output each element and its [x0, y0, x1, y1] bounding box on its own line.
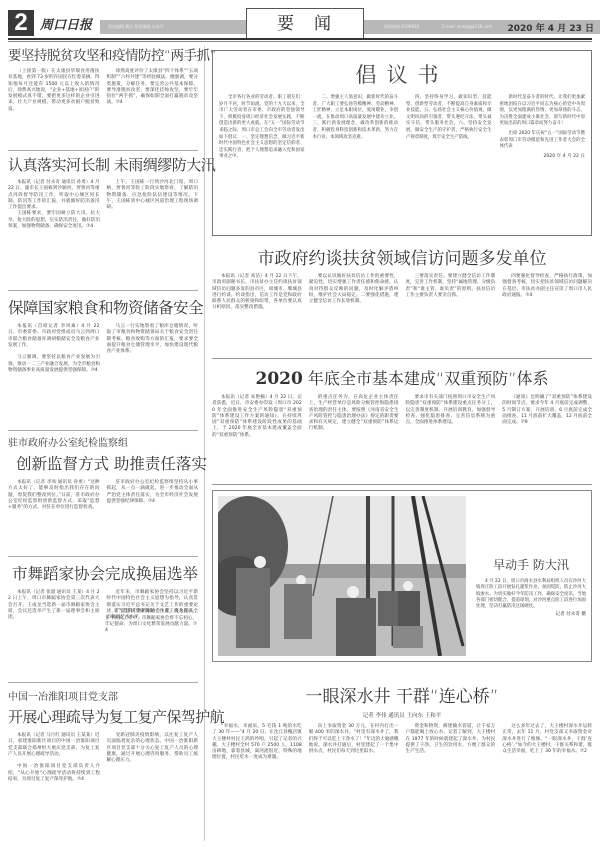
headline: 市舞蹈家协会完成换届选举 — [8, 562, 198, 584]
paper-name-logo: 周口日报 — [40, 14, 92, 33]
proposal-title: 倡议书 — [219, 59, 585, 89]
caption-body: 4 月 22 日，周口市商水县水利局组织人员在沙河大坡周庄险工段开展钻孔灌浆作业… — [476, 579, 586, 610]
headline: 市政府约谈扶贫领域信访问题多发单位 — [212, 244, 592, 269]
article-dual-prevention: 2020 年底全市基本建成“双重预防”体系 本报讯（记者 朱艳楠）4 月 22 … — [212, 366, 592, 439]
article-body: 马云一行实地察看了粮库仓储情况，听取了市粮食和物资储备局关于粮食安全责任制考核、… — [107, 324, 199, 355]
masthead-rule-thin — [8, 41, 592, 42]
headline: 保障国家粮食和物资储备安全 — [8, 296, 198, 318]
issue-date: 2020 年 4 月 23 日 — [507, 21, 594, 34]
divider — [212, 358, 592, 359]
article-body: 徐然高度评价了太康县“四个体系”“五项机制”“六村共建”等经验做法，她强调，要分… — [107, 69, 199, 113]
article-poverty-epidemic: 要坚持脱贫攻坚和疫情防控“两手抓” （上接第一版）在太康县华瑞食用菌扶贫基地，看… — [8, 44, 198, 113]
article-body: 要求市有关部门按照周口市安全生产风险隐患“双重预防”体系建设重点任务分工，以完善… — [406, 395, 496, 439]
proposal-body: 四、坚持终身学习，做知识型、技能型、创新型劳动者，不断提高自身素质和专业技能。五… — [406, 95, 492, 161]
article-psych-counseling: 中国一冶淮阳项目党支部 开展心理疏导为复工复产保驾护航 本报讯（记者 马月红 通… — [8, 688, 198, 783]
kicker: 驻市政府办公室纪检监察组 — [8, 434, 198, 449]
divider — [8, 150, 198, 151]
article-body: 本报讯（记者 朱艳楠）4 月 22 日，记者获悉，近日，市安委办印发《周口市 2… — [212, 395, 302, 439]
article-supervision: 驻市政府办公室纪检监察组 创新监督方式 助推责任落实 本报讯（记者 李凤 通讯员… — [8, 434, 198, 511]
proposal-body: 新时代是奋斗者的时代，让我们更加紧密地团结在以习近平同志为核心的党中央周围，以更… — [500, 95, 586, 128]
headline: 开展心理疏导为复工复产保驾护航 — [8, 706, 198, 727]
article-body: 本报讯（记者 付永奇 通讯员 孙勇）4 月 22 日，副市长王国栋到沙颍河、贾鲁… — [8, 180, 100, 211]
headline: 一眼深水井 干群“连心桥” — [212, 682, 592, 707]
article-body: 向上争取资金 30 万元，在村内打出一眼 400 米的深水井。“村里有深水井了，… — [309, 724, 399, 762]
article-body: （上接第一版）在太康县华瑞食用菌扶贫基地，看到 73 岁的许国民在忙着采摘，得知… — [8, 69, 100, 113]
drilling-scene-image — [218, 496, 466, 656]
proposal-body: 二、增强主人翁意识，做新时代的奋斗者。广大职工要弘扬劳模精神、劳动精神、工匠精神… — [313, 95, 399, 161]
headline: 认真落实河长制 未雨绸缪防大汛 — [8, 154, 198, 175]
headline: 创新监督方式 助推责任落实 — [8, 452, 198, 474]
email: E-mail: zkrbyg@126.com — [442, 24, 492, 29]
hotline: 新闻热线 8199933 — [384, 24, 419, 30]
article-body: “幸福水，幸福泉，5 毛钱 1 吨的水吃了 30 年——”4 月 20 日，在沈… — [212, 724, 302, 762]
article-body: 王国栋要求，要牢固树立防大汛、抗大旱、抢大险的思想，压实防汛责任，做好防汛预案，… — [8, 211, 100, 230]
article-body: 本报讯（记者 高洁）4 月 22 日下午，市政府副秘书长、市扶贫办主任约谈扶贫领… — [212, 274, 302, 312]
article-body: 马云强调，要坚持以粮食产业发展为引领，推动一二三产业融合发展，为全市粮食和物资储… — [8, 355, 100, 374]
photo-credit: 记者 付永奇 摄 — [476, 611, 586, 617]
article-petition-interview: 市政府约谈扶贫领域信访问题多发单位 本报讯（记者 高洁）4 月 22 日下午，市… — [212, 244, 592, 312]
article-body: 三要落实责任。要建立健全信访工作制度，完善工作机制，坚持“属地管理、分级负责”和… — [406, 274, 496, 312]
article-body: 中国一冶淮阳项目党支部负责人介绍，“从心开始”心理疏导活动将持续到工程结束，为项… — [8, 764, 100, 783]
divider — [212, 484, 592, 485]
masthead-rule — [8, 38, 592, 40]
proposal-body: 全市各行各业的劳动者、职工朋友们：岁月不居，时节如流。党的十九大以来，全市广大劳… — [219, 95, 305, 161]
page-number: 2 — [8, 10, 34, 36]
article-grain-security: 保障国家粮食和物资储备安全 本报讯（首席记者 李凤素）4 月 22 日，市委常委… — [8, 296, 198, 374]
headline-year: 2020 — [255, 369, 302, 389]
article-body: 四要强化督导检查，严格执行政策，加强督查考核，切实把扶贫领域信访问题解决在基层。… — [502, 274, 592, 312]
article-dance-association: 市舞蹈家协会完成换届选举 本报讯（记者 张韶 通讯员 王某）4 月 22 日上午… — [8, 562, 198, 635]
byline: 记者 李伟 通讯员 王向东 王和平 — [212, 711, 592, 719]
article-body: 受新冠肺炎疫情影响，以往复工复产人员面临着复杂的心理状态。中国一冶淮阳新区项目党… — [107, 733, 199, 764]
divider — [8, 556, 198, 557]
divider — [8, 290, 198, 291]
article-body: 本报讯（记者 马月红 通讯员 王某某）近日，承建淮阳新区项目的中国一冶淮阳项目党… — [8, 733, 100, 764]
article-body: 本报讯（记者 张韶 通讯员 王某）4 月 22 日上午，周口市舞蹈家协会第三次代… — [8, 590, 100, 621]
proposal-letter-box: 倡议书 全市各行各业的劳动者、职工朋友们：岁月不居，时节如流。党的十九大以来，全… — [212, 50, 592, 236]
news-photo — [218, 496, 466, 656]
article-body: 驻市政府办公室纪检监察组坚持从小事抓起，从一点一滴做起，进一步推动全面从严治党主… — [107, 480, 199, 511]
caption-headline: 早动手 防大汛 — [476, 556, 586, 573]
article-body: 《通知》还明确了“双重预防”体系建设的时间节点，要求今年 4 月底前完成调整，5… — [502, 395, 592, 439]
article-body: 要以认识做好扶贫信访工作的重要性、紧迫性，切实增强工作责任感和使命感，认真对待群… — [309, 274, 399, 312]
headline: 年底全市基本建成“双重预防”体系 — [308, 369, 549, 388]
article-body: 上午，王国栋一行到沙河北门堤、周口闸、贾鲁河等险工险段实地察看，了解防汛物资储备… — [107, 180, 199, 211]
masthead: 2 周口日报 责任编辑 魏东 版面编辑 宋彩平 要闻 新闻热线 8199933 … — [8, 8, 592, 40]
editors-credit: 责任编辑 魏东 版面编辑 宋彩平 — [108, 24, 164, 30]
proposal-date: 2020 年 4 月 22 日 — [500, 153, 586, 159]
kicker: 中国一冶淮阳项目党支部 — [8, 688, 198, 703]
article-deep-well: 一眼深水井 干群“连心桥” 记者 李伟 通讯员 王向东 王和平 “幸福水，幸福泉… — [212, 682, 592, 762]
article-body: 这么多年过去了，大王楼村深水井运转正常，去年 11 月，村党支部又争取资金对深水… — [502, 724, 592, 762]
section-title: 要闻 — [246, 8, 364, 38]
article-body: 本报讯（记者 李凤 通讯员 孙勇）“这种方式太好了，能够及时指出我们存在的问题，… — [8, 480, 100, 511]
article-body: 本报讯（首席记者 李凤素）4 月 22 日，市委常委、市政府党组成员马云到周口市… — [8, 324, 100, 355]
article-body: 资金和物资，修建输水管道，让千家万户都能喝上放心水。记者了解到，大王楼村在 19… — [406, 724, 496, 762]
article-body: 的重点任务为，在高危企业主体责任上，生产经营单位是风险分级管控和隐患排查治理的责… — [309, 395, 399, 439]
divider — [8, 682, 198, 683]
divider — [8, 430, 198, 431]
photo-caption: 早动手 防大汛 4 月 22 日，周口市商水县水利局组织人员在沙河大坡周庄险工段… — [476, 556, 586, 617]
proposal-signatory: 出席 2020 年庆祝“五一”国际劳动节暨表彰周口市劳动模范和先进工作者大会的全… — [500, 131, 586, 151]
info-bar: 新闻热线 8199933 E-mail: zkrbyg@126.com 2020… — [364, 20, 600, 34]
article-river-chief: 认真落实河长制 未雨绸缪防大汛 本报讯（记者 付永奇 通讯员 孙勇）4 月 22… — [8, 154, 198, 230]
editor-bar: 责任编辑 魏东 版面编辑 宋彩平 — [100, 20, 246, 34]
headline: 要坚持脱贫攻坚和疫情防控“两手抓” — [8, 44, 198, 64]
article-body: 新当选的市舞蹈家协会主席王成龙表示，在今后的工作中，市舞蹈家协会将不忘初心，牢记… — [105, 609, 197, 634]
